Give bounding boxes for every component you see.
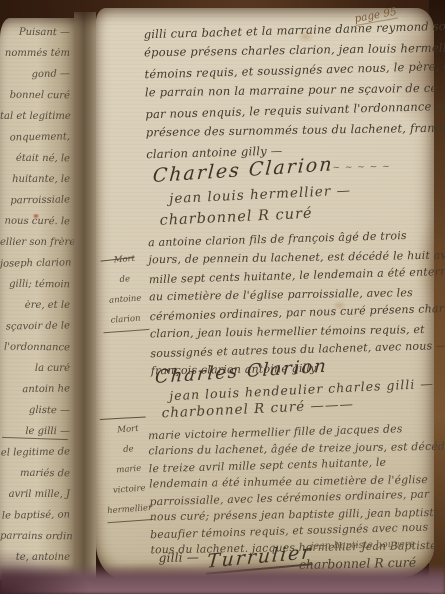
priest-signature: charbonnel R curé (159, 206, 313, 229)
left-page-text-fragment: ellier son frère, (0, 232, 74, 253)
left-page-text-fragment: l'ordonnance (0, 337, 74, 359)
left-page-text-fragment: onquement, (0, 126, 74, 148)
left-page-text-fragment: la curé (0, 358, 74, 379)
left-page-text-fragment: avril mille, J (0, 484, 74, 505)
table-foreground (0, 564, 445, 594)
margin-note-word: hermellier (106, 498, 153, 523)
left-page-text-fragment: antoin he (0, 378, 74, 400)
left-page: Puisant —nommés témgond —bonnel curétal … (0, 18, 74, 580)
left-page-text-fragment: sçavoir de le (0, 315, 74, 337)
left-page-text-fragment: joseph clarion (0, 252, 74, 274)
margin-note-mort-antoine-clarion: Mortdeantoineclarion (101, 249, 149, 332)
left-page-text-fragment: gond — (0, 63, 74, 85)
left-page-text-fragment: gilli; témoin (0, 274, 74, 296)
margin-note-mort-marie-victoire-hermellier: Mortdemarievictoirehermellier (105, 419, 153, 522)
left-page-text-fragment: était né, le (0, 148, 74, 170)
left-page-text-fragment: huitante, le (0, 169, 74, 190)
margin-note-word: clarion (102, 308, 149, 333)
witness-signature: gilli — (159, 550, 200, 565)
left-page-text-fragment: ère, et le (0, 295, 74, 316)
left-page-text-fragment: bonnel curé (0, 85, 74, 107)
right-page-text-layer: page 95 gilli cura bachet et la marraine… (91, 5, 441, 584)
left-page-text-fragment: parroissiale (0, 189, 74, 211)
left-page-text-fragment: mariés de (0, 463, 74, 485)
right-page: page 95 gilli cura bachet et la marraine… (96, 8, 434, 580)
signature-scrawl: ~ ~ ~ ~ ~ (332, 162, 390, 173)
left-page-text-fragment: gliste — (0, 400, 74, 422)
left-page-text-fragment: nommés tém (0, 43, 74, 64)
left-page-text-fragment: el legitime de (0, 441, 74, 463)
burial-entry-1-paragraph: gilli cura bachet et la marraine danne r… (143, 17, 445, 164)
left-page-text-fragment: parrains ordin (0, 526, 74, 548)
left-page-text-fragment: nous curé. le (0, 211, 74, 233)
left-page-text-fragment: Puisant — (0, 22, 74, 43)
left-page-text-fragment: tal et legitime (0, 106, 74, 127)
left-page-text-fragment: le baptisé, on (0, 504, 74, 526)
manuscript-photo: Puisant —nommés témgond —bonnel curétal … (0, 0, 445, 594)
witness-signature: jean baptiste bouyers (310, 539, 414, 552)
witness-signature: jean louis hermellier — (169, 183, 352, 208)
left-page-text-column: Puisant —nommés témgond —bonnel curétal … (0, 22, 74, 580)
